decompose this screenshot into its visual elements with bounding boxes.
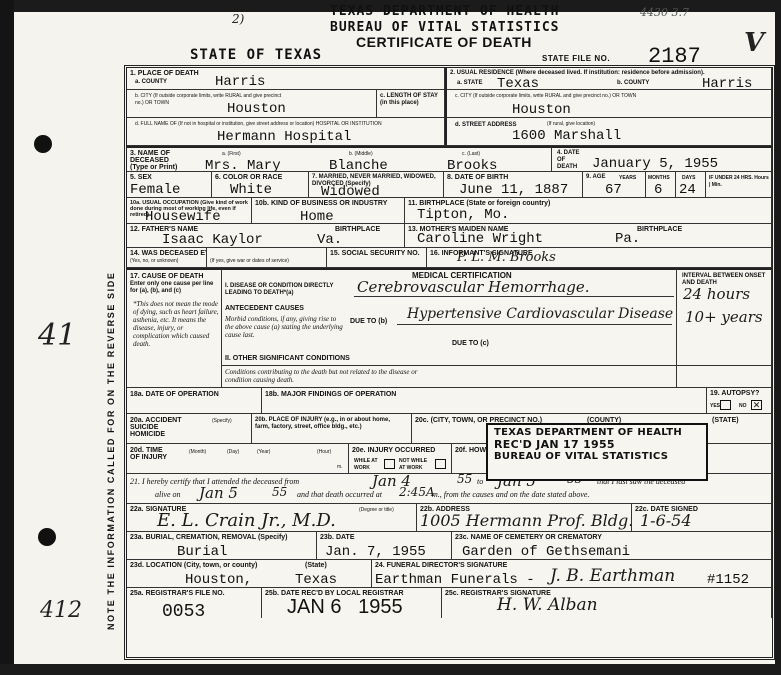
autopsy-yes-checkbox[interactable] [720,400,731,410]
death-city-value: Houston [227,101,286,117]
cause-a-value: Cerebrovascular Hemorrhage. [357,278,589,296]
date-of-death: 4. DATE OF DEATH January 5, 1955 [552,146,772,172]
annotation-top: 4430 3.7 [640,6,689,19]
age-days: DAYS 24 [676,172,706,198]
last-name-value: Brooks [447,158,497,172]
alive-year: 55 [272,485,287,499]
business-field: 10b. KIND OF BUSINESS OR INDUSTRY Home [252,198,405,224]
race-field: 6. COLOR OR RACE White [212,172,309,198]
hospital-value: Hermann Hospital [217,129,351,145]
attended-from-year: 55 [457,474,472,486]
margin-number: 412 [40,598,82,623]
registrar-file-field: 25a. REGISTRAR'S FILE NO. 0053 [127,588,262,618]
business-value: Home [300,209,334,224]
age-years: 9. AGE YEARS 67 [583,172,646,198]
bureau-title: BUREAU OF VITAL STATISTICS [330,20,560,35]
margin-number: 41 [38,318,76,353]
father-field: 12. FATHER'S NAME BIRTHPLACE Isaac Kaylo… [127,224,405,248]
stamp-line-1: TEXAS DEPARTMENT OF HEALTH [494,427,700,438]
marital-field: 7. MARRIED, NEVER MARRIED, WIDOWED, DIVO… [309,172,444,198]
cause-of-death-instructions: 17. CAUSE OF DEATH Enter only one cause … [127,268,222,388]
death-county-value: Harris [215,74,265,90]
stamp-line-3: BUREAU OF VITAL STATISTICS [494,451,700,462]
funeral-director-signature: J. B. Earthman [550,566,675,586]
operation-date: 18a. DATE OF OPERATION [127,388,262,414]
cause-b-line [397,324,672,325]
residence-street: d. STREET ADDRESS (If rural, give locati… [445,118,772,146]
autopsy-field: 19. AUTOPSY? YES NO ✕ [707,388,772,414]
scan-border-bottom [0,664,781,675]
cause-b-value: Hypertensive Cardiovascular Disease [407,306,673,322]
registrar-date-field: 25b. DATE REC'D BY LOCAL REGISTRAR JAN 6… [262,588,442,618]
funeral-director-field: 24. FUNERAL DIRECTOR'S SIGNATURE Earthma… [372,560,772,588]
father-birthplace-value: Va. [317,232,342,248]
date-signed-field: 22c. DATE SIGNED 1-6-54 [632,504,772,532]
birthplace-value: Tipton, Mo. [417,207,509,223]
accident-field: 20a. ACCIDENT SUICIDE HOMICIDE (Specify) [127,414,252,444]
other-conditions: Conditions contributing to the death but… [222,366,677,388]
registrar-signature: H. W. Alban [497,595,598,615]
dob-value: June 11, 1887 [459,182,568,198]
age-months-value: 6 [654,182,662,198]
received-stamp: TEXAS DEPARTMENT OF HEALTH REC'D JAN 17 … [486,423,708,481]
place-of-death-county: 1. PLACE OF DEATH a. COUNTY Harris [127,68,445,90]
while-at-work-checkbox[interactable] [384,459,395,469]
interval-a-value: 24 hours [683,285,750,303]
informant-signature: P. L. M. Brooks [457,250,556,265]
mother-birthplace-value: Pa. [615,231,640,247]
marital-value: Widowed [321,184,380,198]
state-title: STATE OF TEXAS [190,47,322,63]
checkmark-annotation: V [744,28,764,58]
residence-city-value: Houston [512,102,571,118]
mother-value: Caroline Wright [417,231,543,247]
place-of-death-city: b. CITY (If outside corporate limits, wr… [127,90,377,118]
father-value: Isaac Kaylor [162,232,263,248]
residence-city: c. CITY (If outside corporate limits, wr… [445,90,772,118]
interval-b-value: 10+ years [685,308,763,326]
cemetery-field: 23c. NAME OF CEMETERY OR CREMATORY Garde… [452,532,772,560]
department-title: TEXAS DEPARTMENT OF HEALTH [330,4,560,19]
residence-state-value: Texas [497,76,539,90]
race-value: White [230,182,272,198]
operation-findings: 18b. MAJOR FINDINGS OF OPERATION [262,388,707,414]
state-file-label: STATE FILE NO. [542,54,610,63]
street-value: 1600 Marshall [512,128,621,144]
occupation-value: Housewife [145,209,221,224]
time-of-injury-field: 20d. TIME OF INJURY (Month) (Day) (Year)… [127,444,349,474]
cemetery-value: Garden of Gethsemani [462,544,630,560]
length-of-stay: c. LENGTH OF STAY (in this place) [377,90,445,118]
place-of-injury-field: 20b. PLACE OF INJURY (e.g., in or about … [252,414,412,444]
date-signed-value: 1-6-54 [640,511,692,530]
ssn-field: 15. SOCIAL SECURITY NO. [327,248,427,268]
physician-signature-field: 22a. SIGNATURE (Degree or title) E. L. C… [127,504,417,532]
hospital-name: d. FULL NAME OF (If not in hospital or i… [127,118,445,146]
not-while-at-work-checkbox[interactable] [435,459,446,469]
burial-date-field: 23b. DATE Jan. 7, 1955 [317,532,452,560]
vertical-note: NOTE THE INFORMATION CALLED FOR ON THE R… [106,272,116,630]
death-time: 2:45A [399,485,435,499]
punch-hole-icon [34,135,52,153]
sex-value: Female [130,182,180,198]
burial-date-value: Jan. 7, 1955 [325,544,426,560]
interval-blank [677,366,772,388]
physician-signature: E. L. Crain Jr., M.D. [157,510,336,531]
physician-address: 1005 Hermann Prof. Bldg. [420,511,632,530]
burial-type-field: 23a. BURIAL, CREMATION, REMOVAL (Specify… [127,532,317,560]
middle-name-value: Blanche [329,158,388,172]
punch-hole-icon [38,528,56,546]
informant-field: 16. INFORMANT'S SIGNATURE P. L. M. Brook… [427,248,772,268]
physician-address-field: 22b. ADDRESS 1005 Hermann Prof. Bldg. [417,504,632,532]
scan-border-left [0,0,14,675]
age-days-value: 24 [679,182,696,198]
age-years-value: 67 [605,182,622,198]
occupation-field: 10a. USUAL OCCUPATION (Give kind of work… [127,198,252,224]
cause-a-line [354,296,674,297]
date-of-death-value: January 5, 1955 [592,156,718,172]
armed-forces-field: 14. WAS DECEASED EVER IN U.S. ARMED FORC… [127,248,207,268]
birthplace-field: 11. BIRTHPLACE (State or foreign country… [405,198,772,224]
annotation-small: 2) [232,12,244,26]
injury-occurred-field: 20e. INJURY OCCURRED WHILE AT WORK NOT W… [349,444,452,474]
residence-county-value: Harris [702,76,752,90]
usual-residence-state: 2. USUAL RESIDENCE (Where deceased lived… [445,68,772,90]
burial-state-value: Texas [295,572,337,588]
interval-field: INTERVAL BETWEEN ONSET AND DEATH 24 hour… [677,268,772,366]
deceased-name: 3. NAME OF DECEASED (Type or Print) a. (… [127,146,552,172]
cause-of-death-fields: MEDICAL CERTIFICATION I. DISEASE OR COND… [222,268,677,366]
certificate-title: CERTIFICATE OF DEATH [356,34,532,50]
mother-field: 13. MOTHER'S MAIDEN NAME BIRTHPLACE Caro… [405,224,772,248]
armed-forces-service: (If yes, give war or dates of service) [207,248,327,268]
registrar-signature-field: 25c. REGISTRAR'S SIGNATURE H. W. Alban [442,588,772,618]
burial-type-value: Burial [177,544,227,560]
burial-location-field: 23d. LOCATION (City, town, or county) (S… [127,560,372,588]
first-name-value: Mrs. Mary [205,158,281,172]
certificate-form: 1. PLACE OF DEATH a. COUNTY Harris 2. US… [124,65,775,660]
stamp-line-2: REC'D JAN 17 1955 [494,438,700,451]
autopsy-no-checkbox-checked[interactable]: ✕ [751,400,762,410]
registrar-date-value: JAN 6 1955 [287,596,403,618]
dob-field: 8. DATE OF BIRTH June 11, 1887 [444,172,583,198]
burial-city-value: Houston, [185,572,252,588]
alive-date: Jan 5 [199,484,238,502]
funeral-license-value: #1152 [707,572,749,588]
age-under-24: IF UNDER 24 HRS. Hours | Min. [706,172,772,198]
funeral-home-value: Earthman Funerals - [375,572,535,588]
registrar-file-value: 0053 [162,602,205,618]
sex-field: 5. SEX Female [127,172,212,198]
age-months: MONTHS 6 [646,172,676,198]
